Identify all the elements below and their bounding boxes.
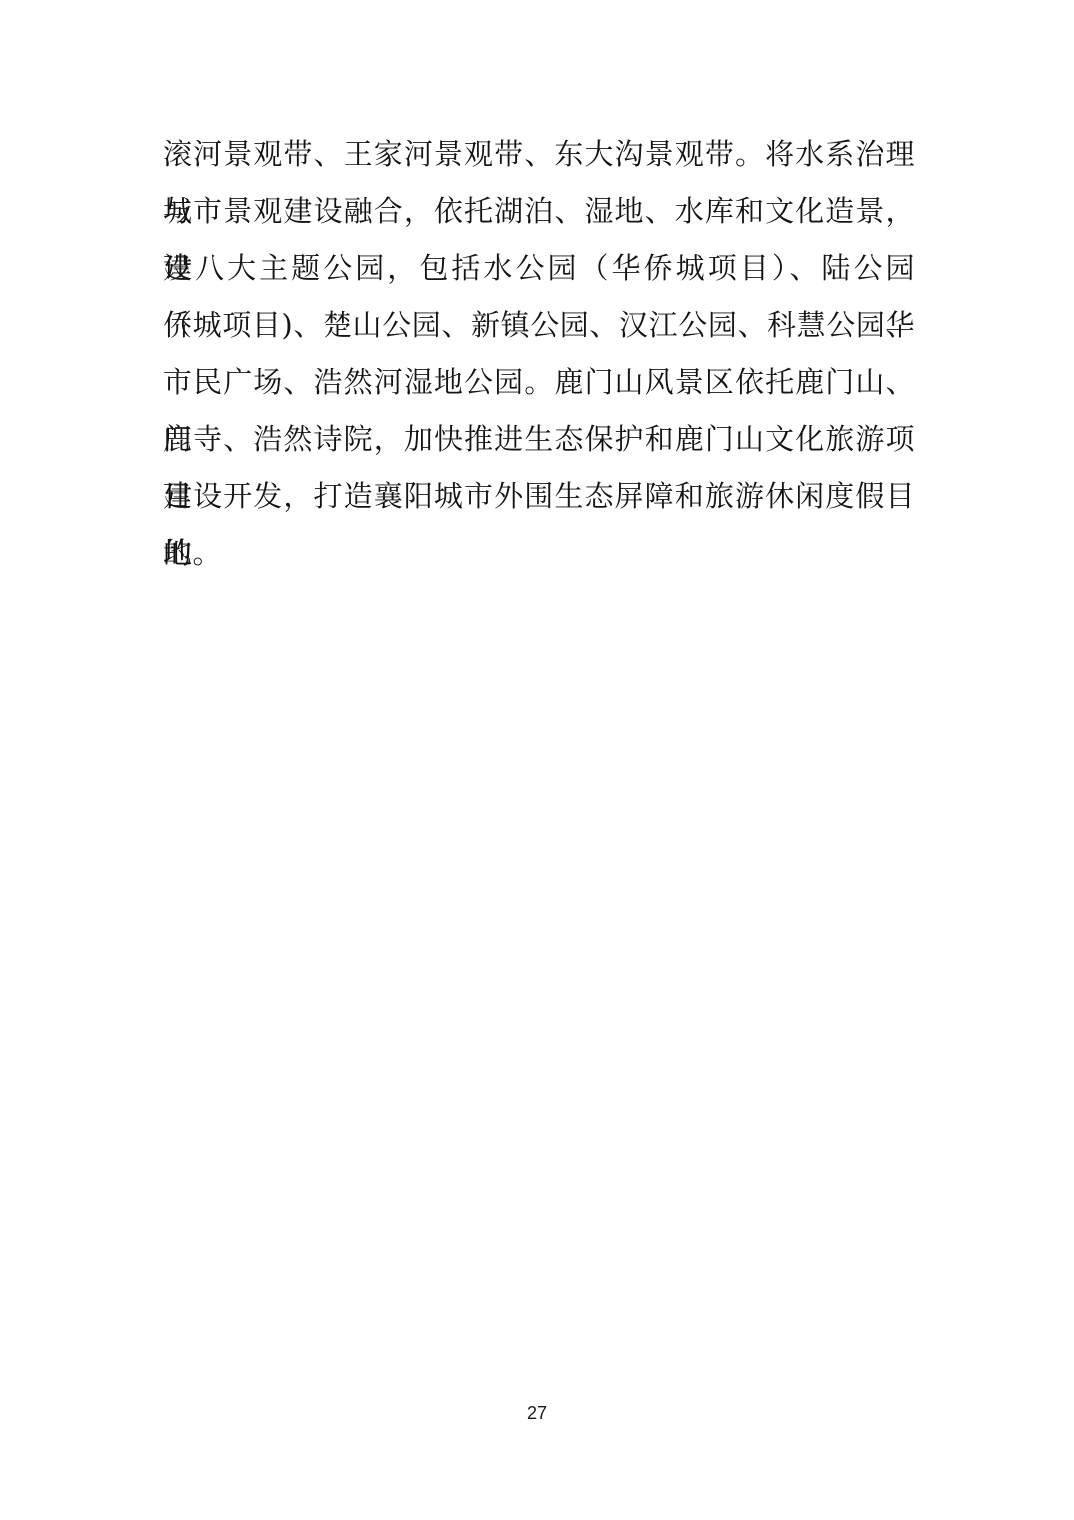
page-footer: 27 <box>0 1403 1074 1424</box>
text-line: 地。 <box>163 525 915 582</box>
text-line: 滚河景观带、王家河景观带、东大沟景观带。将水系治理与 <box>163 126 915 183</box>
document-page: 滚河景观带、王家河景观带、东大沟景观带。将水系治理与 城市景观建设融合，依托湖泊… <box>0 0 1074 1520</box>
text-line: 设八大主题公园，包括水公园（华侨城项目）、陆公园（华 <box>163 240 915 297</box>
page-number: 27 <box>527 1403 547 1423</box>
text-line: 建设开发，打造襄阳城市外围生态屏障和旅游休闲度假目的 <box>163 468 915 525</box>
paragraph: 滚河景观带、王家河景观带、东大沟景观带。将水系治理与 城市景观建设融合，依托湖泊… <box>163 126 915 582</box>
text-line: 城市景观建设融合，依托湖泊、湿地、水库和文化造景，建 <box>163 183 915 240</box>
text-line: 侨城项目)、楚山公园、新镇公园、汉江公园、科慧公园、 <box>163 297 915 354</box>
text-line: 市民广场、浩然河湿地公园。鹿门山风景区依托鹿门山、鹿 <box>163 354 915 411</box>
text-line: 门寺、浩然诗院，加快推进生态保护和鹿门山文化旅游项目 <box>163 411 915 468</box>
